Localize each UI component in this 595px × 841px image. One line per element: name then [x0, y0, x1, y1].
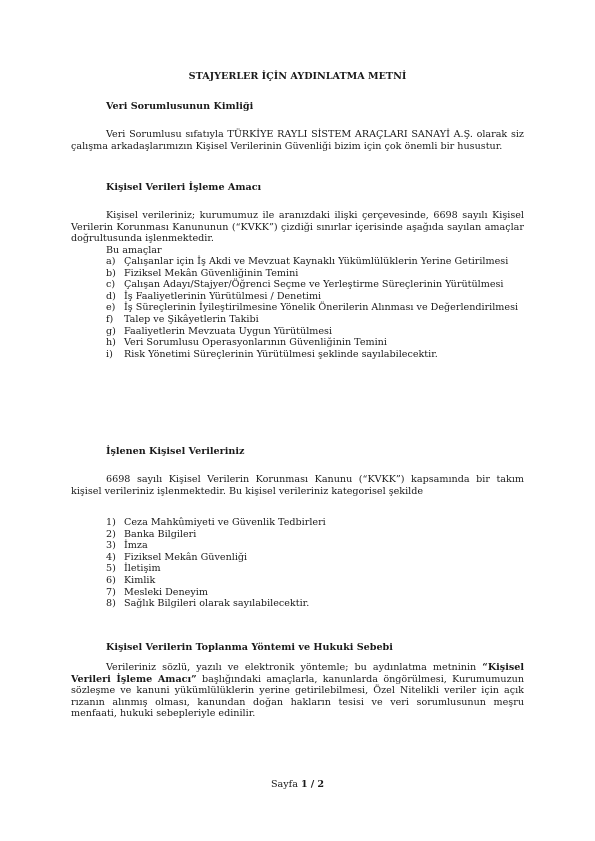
list-item-text: Banka Bilgileri — [124, 529, 196, 540]
list-marker: 1) — [106, 517, 116, 529]
section-paragraph-processed-data: 6698 sayılı Kişisel Verilerin Korunması … — [71, 474, 524, 497]
list-item: e)İş Süreçlerinin İyileştirilmesine Yöne… — [71, 302, 524, 314]
list-item-text: İmza — [124, 540, 148, 551]
list-marker: e) — [106, 302, 115, 314]
list-marker: i) — [106, 349, 113, 361]
list-item-text: Fiziksel Mekân Güvenliği — [124, 552, 247, 563]
list-item-text: Kimlik — [124, 575, 155, 586]
list-item: g)Faaliyetlerin Mevzuata Uygun Yürütülme… — [71, 326, 524, 338]
list-item-text: Talep ve Şikâyetlerin Takibi — [124, 314, 259, 325]
list-item: b)Fiziksel Mekân Güvenliğinin Temini — [71, 268, 524, 280]
list-item: d)İş Faaliyetlerinin Yürütülmesi / Denet… — [71, 291, 524, 303]
section-heading-collection-method: Kişisel Verilerin Toplanma Yöntemi ve Hu… — [106, 642, 393, 654]
purpose-list-intro: Bu amaçlar — [106, 245, 162, 257]
list-item: 6)Kimlik — [71, 575, 326, 587]
list-item: h)Veri Sorumlusu Operasyonlarının Güvenl… — [71, 337, 524, 349]
list-marker: f) — [106, 314, 113, 326]
list-item-text: Fiziksel Mekân Güvenliğinin Temini — [124, 268, 298, 279]
data-category-list: 1)Ceza Mahkûmiyeti ve Güvenlik Tedbirler… — [71, 517, 326, 610]
list-marker: 8) — [106, 598, 116, 610]
list-item: 1)Ceza Mahkûmiyeti ve Güvenlik Tedbirler… — [71, 517, 326, 529]
list-marker: 7) — [106, 587, 116, 599]
list-item-text: Sağlık Bilgileri olarak sayılabilecektir… — [124, 598, 309, 609]
list-item-text: Mesleki Deneyim — [124, 587, 208, 598]
list-item: 5)İletişim — [71, 563, 326, 575]
list-item: 4)Fiziksel Mekân Güvenliği — [71, 552, 326, 564]
list-marker: 6) — [106, 575, 116, 587]
section-heading-processed-data: İşlenen Kişisel Verileriniz — [106, 446, 244, 458]
list-marker: 5) — [106, 563, 116, 575]
list-item-text: İş Faaliyetlerinin Yürütülmesi / Denetim… — [124, 291, 321, 302]
list-item: i)Risk Yönetimi Süreçlerinin Yürütülmesi… — [71, 349, 524, 361]
list-marker: b) — [106, 268, 116, 280]
list-item-text: Risk Yönetimi Süreçlerinin Yürütülmesi ş… — [124, 349, 438, 360]
list-item-text: Veri Sorumlusu Operasyonlarının Güvenliğ… — [124, 337, 387, 348]
list-item: f)Talep ve Şikâyetlerin Takibi — [71, 314, 524, 326]
total-pages: 2 — [317, 779, 324, 790]
list-item: a)Çalışanlar için İş Akdi ve Mevzuat Kay… — [71, 256, 524, 268]
list-marker: a) — [106, 256, 115, 268]
page-separator: / — [311, 779, 315, 790]
document-title: STAJYERLER İÇİN AYDINLATMA METNİ — [71, 71, 524, 83]
list-item: 7)Mesleki Deneyim — [71, 587, 326, 599]
list-item-text: İş Süreçlerinin İyileştirilmesine Yöneli… — [124, 302, 518, 313]
list-item: 2)Banka Bilgileri — [71, 529, 326, 541]
section-paragraph-processing-purpose: Kişisel verileriniz; kurumumuz ile aranı… — [71, 210, 524, 245]
section-heading-processing-purpose: Kişisel Verileri İşleme Amacı — [106, 182, 261, 194]
page-label: Sayfa — [271, 779, 298, 790]
current-page: 1 — [301, 779, 308, 790]
section-paragraph-collection-method: Verileriniz sözlü, yazılı ve elektronik … — [71, 662, 524, 720]
list-item-text: Çalışanlar için İş Akdi ve Mevzuat Kayna… — [124, 256, 508, 267]
list-item: c)Çalışan Adayı/Stajyer/Öğrenci Seçme ve… — [71, 279, 524, 291]
list-item-text: Faaliyetlerin Mevzuata Uygun Yürütülmesi — [124, 326, 332, 337]
list-item-text: İletişim — [124, 563, 161, 574]
section-heading-data-controller: Veri Sorumlusunun Kimliği — [106, 101, 253, 113]
list-marker: 3) — [106, 540, 116, 552]
list-item-text: Ceza Mahkûmiyeti ve Güvenlik Tedbirleri — [124, 517, 326, 528]
list-marker: d) — [106, 291, 116, 303]
purpose-list: a)Çalışanlar için İş Akdi ve Mevzuat Kay… — [71, 256, 524, 360]
section-paragraph-data-controller: Veri Sorumlusu sıfatıyla TÜRKİYE RAYLI S… — [71, 129, 524, 152]
list-marker: c) — [106, 279, 115, 291]
list-marker: g) — [106, 326, 116, 338]
list-item: 8)Sağlık Bilgileri olarak sayılabilecekt… — [71, 598, 326, 610]
list-item: 3)İmza — [71, 540, 326, 552]
page-footer: Sayfa 1 / 2 — [0, 779, 595, 790]
list-item-text: Çalışan Adayı/Stajyer/Öğrenci Seçme ve Y… — [124, 279, 504, 290]
list-marker: 2) — [106, 529, 116, 541]
list-marker: 4) — [106, 552, 116, 564]
list-marker: h) — [106, 337, 116, 349]
